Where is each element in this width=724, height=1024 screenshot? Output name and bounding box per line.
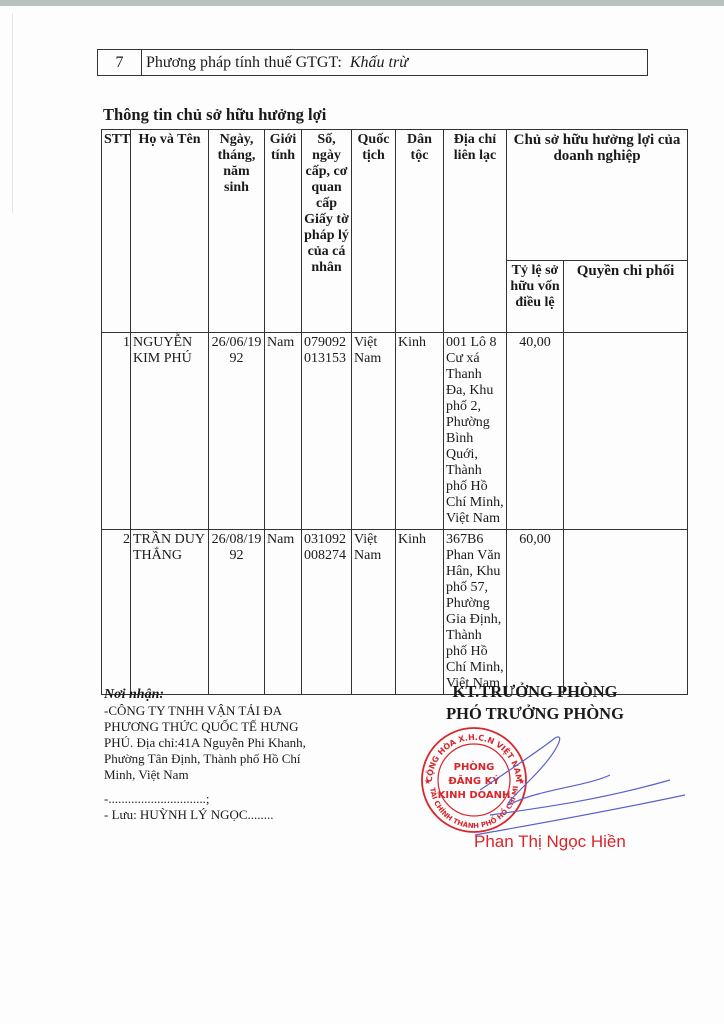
table-row: 2 TRẦN DUY THẮNG 26/08/1992 Nam 03109200…: [102, 530, 688, 695]
header-owner-group: Chủ sở hữu hưởng lợi của doanh nghiệp: [507, 130, 688, 261]
signer-name: Phan Thị Ngọc Hiền: [474, 832, 626, 852]
header-dob: Ngày, tháng, năm sinh: [209, 130, 265, 333]
cell-name: TRẦN DUY THẮNG: [131, 530, 209, 695]
header-gender: Giới tính: [265, 130, 302, 333]
header-id: Số, ngày cấp, cơ quan cấp Giấy tờ pháp l…: [302, 130, 352, 333]
recipients-block: Nơi nhận: -CÔNG TY TNHH VẬN TẢI ĐA PHƯƠN…: [104, 687, 314, 823]
header-ethnicity: Dân tộc: [396, 130, 444, 333]
cell-address: 367B6 Phan Văn Hân, Khu phố 57, Phường G…: [444, 530, 507, 695]
svg-text:★: ★: [424, 777, 431, 786]
handwritten-signature-icon: [470, 730, 690, 840]
vat-method-value: Khấu trừ: [350, 54, 408, 72]
cell-ownership-ratio: 60,00: [507, 530, 564, 695]
cell-stt: 2: [102, 530, 131, 695]
cell-control-rights: [564, 530, 688, 695]
cell-ownership-ratio: 40,00: [507, 333, 564, 530]
cell-stt: 1: [102, 333, 131, 530]
cell-name: NGUYỄN KIM PHÚ: [131, 333, 209, 530]
recipients-label: Nơi nhận:: [104, 687, 314, 703]
table-row: 1 NGUYỄN KIM PHÚ 26/06/1992 Nam 07909201…: [102, 333, 688, 530]
row-number: 7: [98, 50, 142, 75]
recipient-archive: - Lưu: HUỲNH LÝ NGỌC........: [104, 807, 314, 823]
info-row-7: 7 Phương pháp tính thuế GTGT: Khấu trừ: [97, 49, 648, 76]
header-control-rights: Quyền chi phối: [564, 261, 688, 333]
scan-margin-line: [12, 13, 13, 213]
section-title: Thông tin chủ sở hữu hưởng lợi: [103, 105, 326, 125]
signature-title: KT.TRƯỞNG PHÒNG PHÓ TRƯỞNG PHÒNG: [420, 681, 650, 725]
cell-id: 031092008274: [302, 530, 352, 695]
recipient-placeholder: -..............................;: [104, 791, 314, 807]
header-nationality: Quốc tịch: [352, 130, 396, 333]
beneficial-owners-table: STT Họ và Tên Ngày, tháng, năm sinh Giới…: [101, 129, 688, 695]
vat-method-label: Phương pháp tính thuế GTGT:: [146, 54, 342, 72]
signature-title-line2: PHÓ TRƯỞNG PHÒNG: [420, 703, 650, 725]
cell-nationality: Việt Nam: [352, 333, 396, 530]
cell-gender: Nam: [265, 333, 302, 530]
vat-method: Phương pháp tính thuế GTGT: Khấu trừ: [142, 50, 408, 75]
header-ownership-ratio: Tỷ lệ sở hữu vốn điều lệ: [507, 261, 564, 333]
cell-nationality: Việt Nam: [352, 530, 396, 695]
header-stt: STT: [102, 130, 131, 333]
cell-ethnicity: Kinh: [396, 530, 444, 695]
recipient-company: -CÔNG TY TNHH VẬN TẢI ĐA PHƯƠNG THỨC QUỐ…: [104, 703, 314, 783]
cell-control-rights: [564, 333, 688, 530]
cell-gender: Nam: [265, 530, 302, 695]
cell-ethnicity: Kinh: [396, 333, 444, 530]
header-address: Địa chỉ liên lạc: [444, 130, 507, 333]
header-name: Họ và Tên: [131, 130, 209, 333]
cell-dob: 26/08/1992: [209, 530, 265, 695]
scan-top-edge: [0, 0, 724, 6]
cell-address: 001 Lô 8 Cư xá Thanh Đa, Khu phố 2, Phườ…: [444, 333, 507, 530]
cell-id: 079092013153: [302, 333, 352, 530]
signature-title-line1: KT.TRƯỞNG PHÒNG: [420, 681, 650, 703]
cell-dob: 26/06/1992: [209, 333, 265, 530]
